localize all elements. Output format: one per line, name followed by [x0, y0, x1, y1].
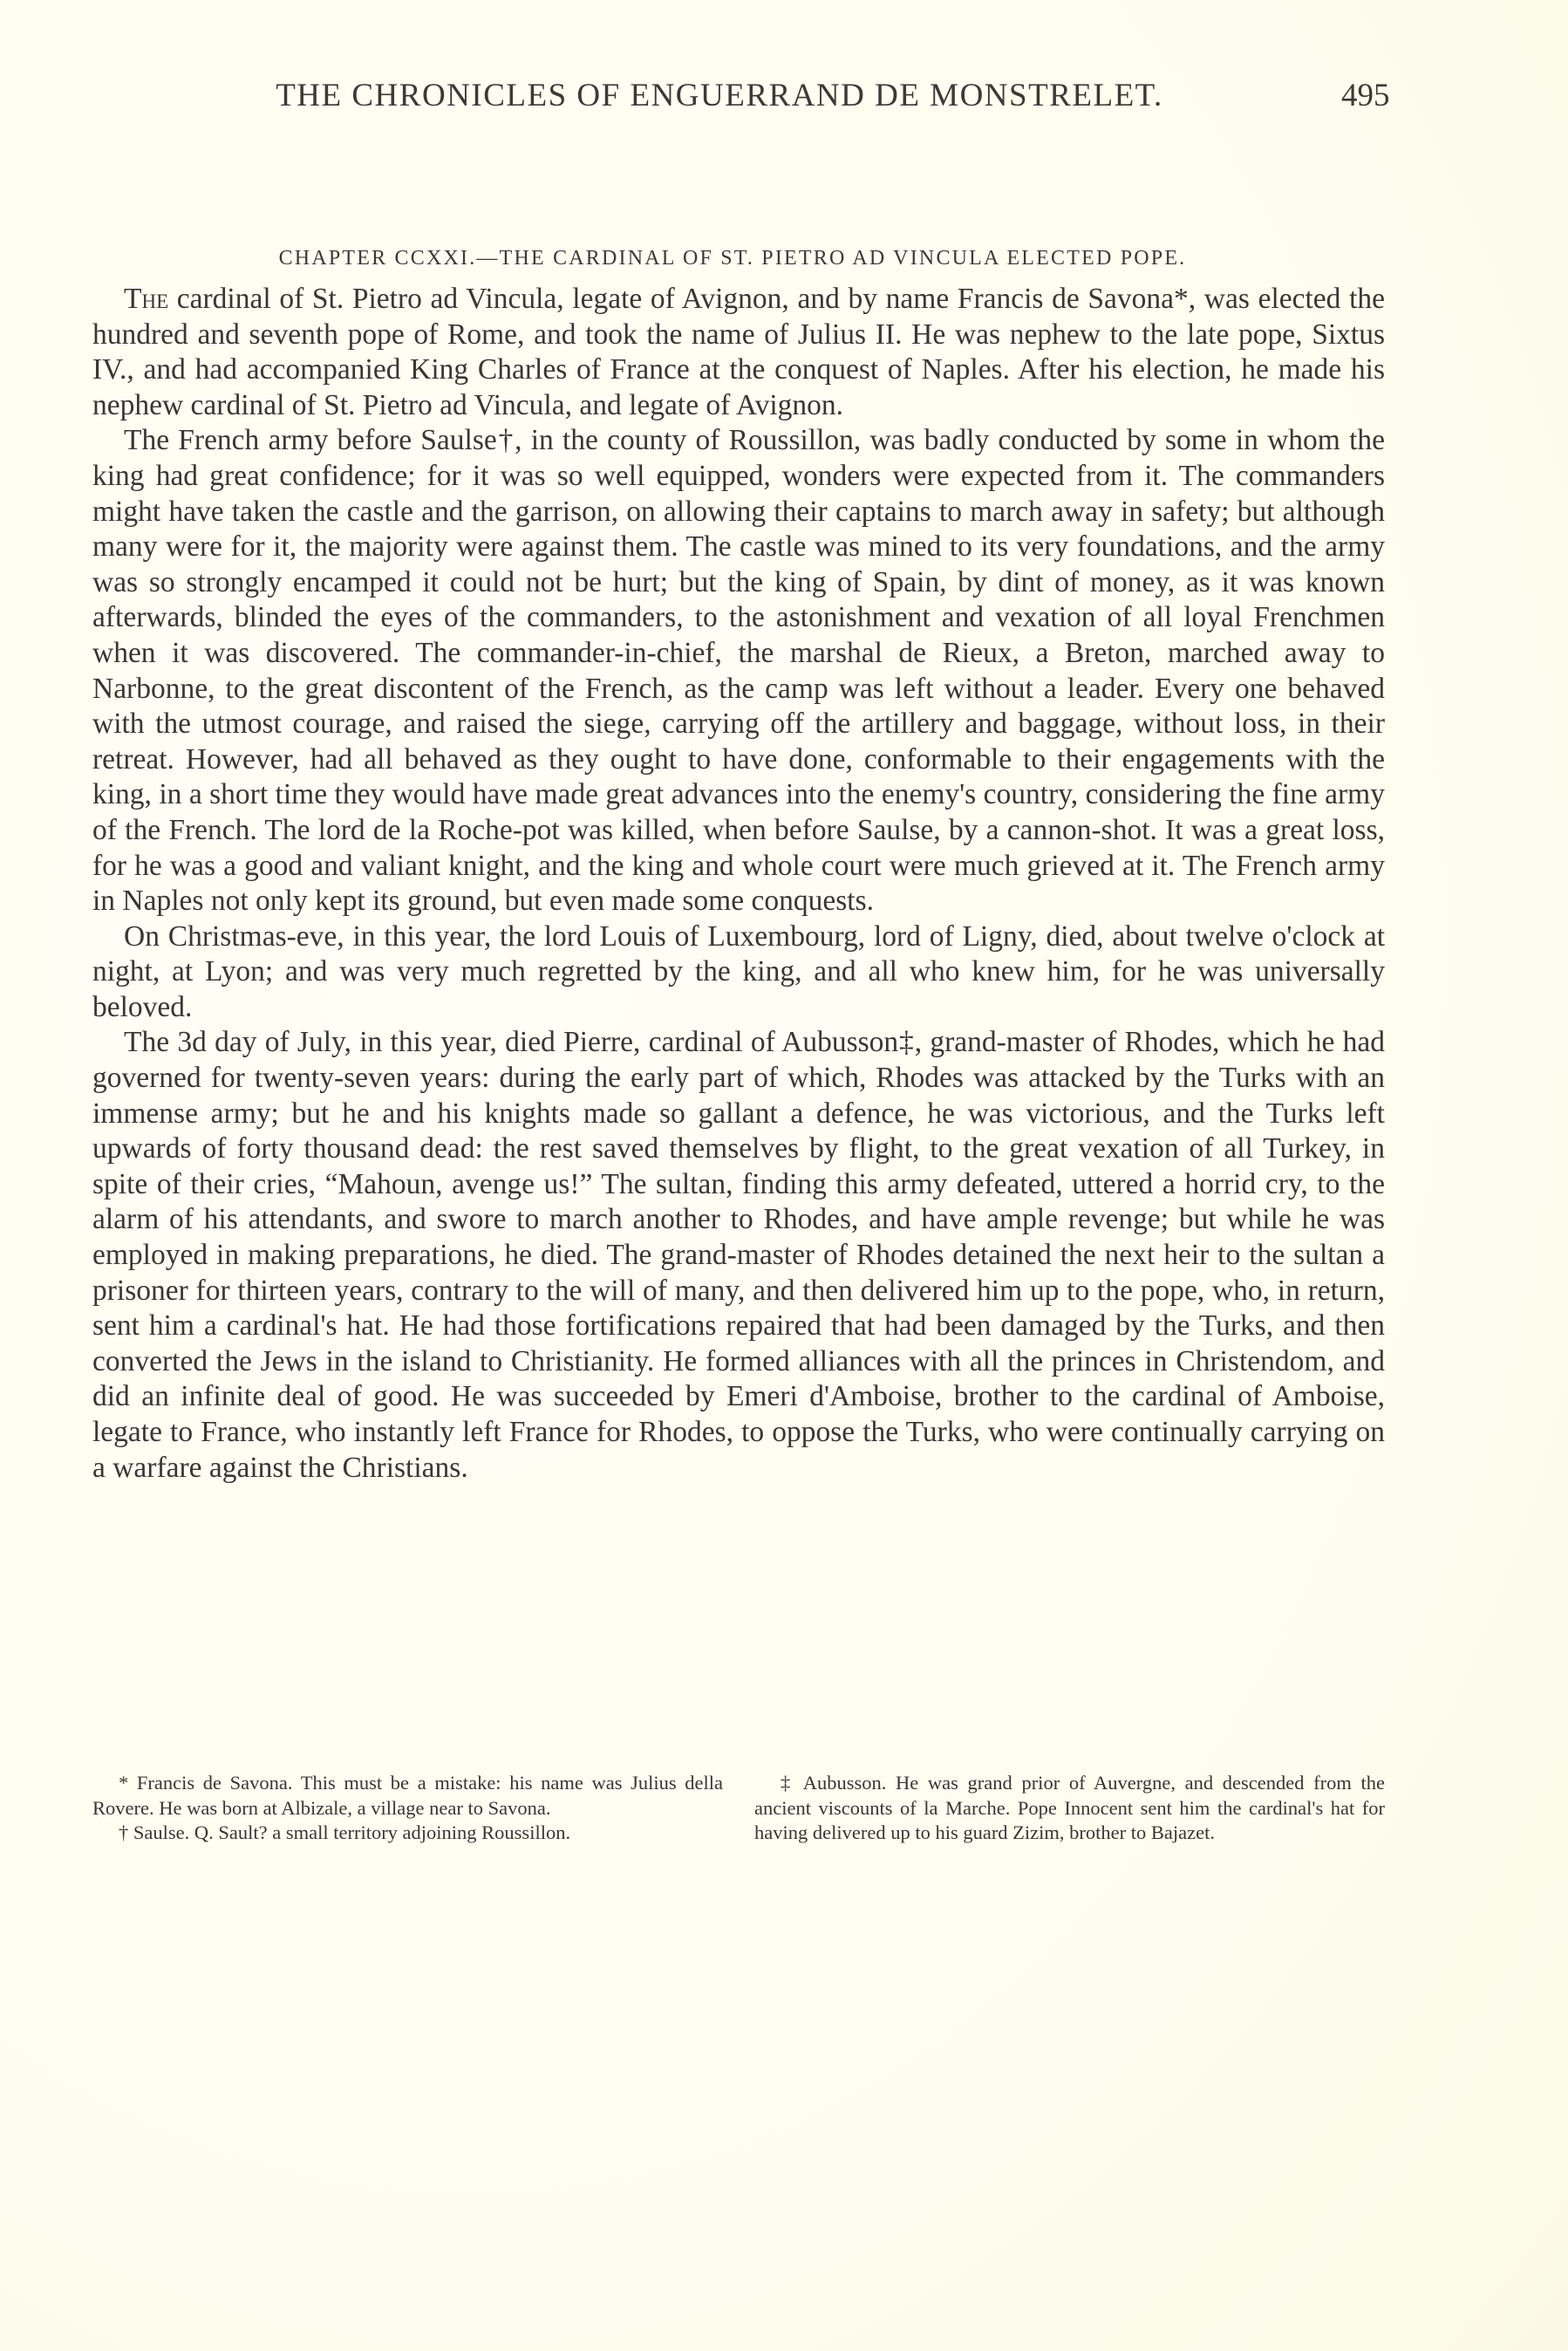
- paragraph-1: The cardinal of St. Pietro ad Vincula, l…: [92, 282, 1385, 423]
- footnote-double-dagger: ‡ Aubusson. He was grand prior of Auverg…: [754, 1771, 1385, 1846]
- book-page: THE CHRONICLES OF ENGUERRAND DE MONSTREL…: [0, 0, 1568, 2351]
- page-number: 495: [1341, 77, 1390, 114]
- paragraph-4: The 3d day of July, in this year, died P…: [92, 1025, 1385, 1486]
- paragraph-text: cardinal of St. Pietro ad Vincula, legat…: [92, 283, 1385, 421]
- chapter-heading: CHAPTER CCXXI.—THE CARDINAL OF ST. PIETR…: [179, 247, 1286, 270]
- footnotes-left-column: * Francis de Savona. This must be a mist…: [92, 1771, 723, 1846]
- body-text: The cardinal of St. Pietro ad Vincula, l…: [92, 282, 1385, 1486]
- footnotes-right-column: ‡ Aubusson. He was grand prior of Auverg…: [754, 1771, 1385, 1846]
- paragraph-3: On Christmas-eve, in this year, the lord…: [92, 919, 1385, 1026]
- drop-lead-word: The: [124, 283, 168, 315]
- running-title: THE CHRONICLES OF ENGUERRAND DE MONSTREL…: [237, 77, 1202, 114]
- footnotes: * Francis de Savona. This must be a mist…: [92, 1771, 1385, 1846]
- footnote-asterisk: * Francis de Savona. This must be a mist…: [92, 1771, 723, 1821]
- paragraph-2: The French army before Saulse†, in the c…: [92, 423, 1385, 919]
- footnote-dagger: † Saulse. Q. Sault? a small territory ad…: [92, 1821, 723, 1846]
